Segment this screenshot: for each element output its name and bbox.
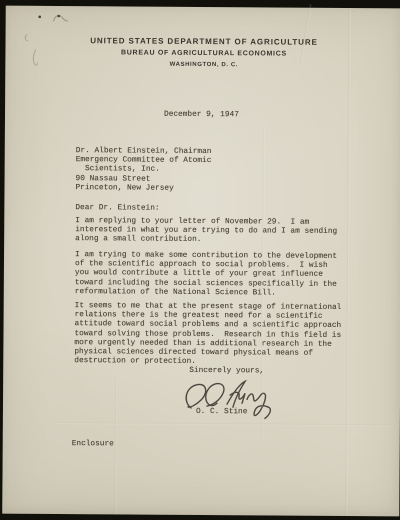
recipient-address: Dr. Albert Einstein, Chairman Emergency …	[75, 147, 211, 194]
letter-page: UNITED STATES DEPARTMENT OF AGRICULTURE …	[2, 6, 400, 517]
body-paragraph-1: I am replying to your letter of November…	[75, 217, 337, 246]
pencil-marks	[13, 8, 83, 78]
salutation: Dear Dr. Einstein:	[75, 204, 159, 214]
typed-signature-name: O. C. Stine	[196, 408, 248, 418]
date-line: December 9, 1947	[164, 111, 239, 121]
closing-line: Sincerely yours,	[189, 367, 264, 377]
handwritten-signature	[179, 378, 283, 425]
enclosure-note: Enclosure	[72, 440, 114, 449]
body-paragraph-3: It seems to me that at the present stage…	[74, 302, 341, 368]
body-paragraph-2: I am trying to make some contribution to…	[75, 251, 337, 299]
paper-crease-vertical-right	[345, 8, 351, 516]
paper-crease-vertical-bottom	[114, 376, 117, 514]
